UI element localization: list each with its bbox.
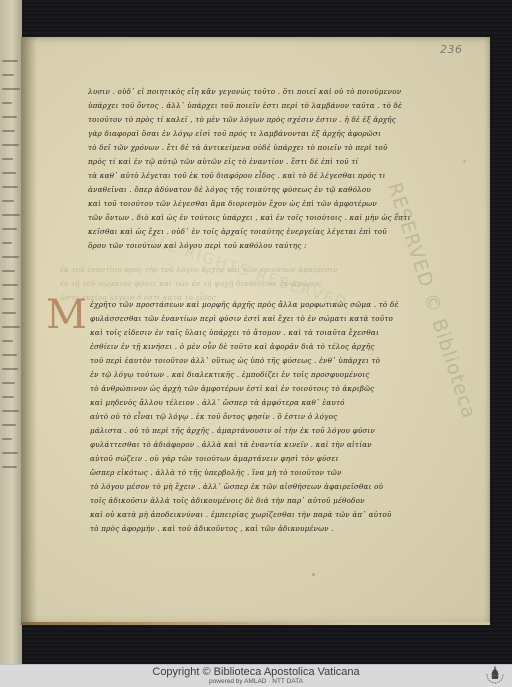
manuscript-line: πρὸς τί καὶ ἐν τῷ αὐτῷ τῶν αὐτῶν εἰς τὸ … — [88, 154, 460, 168]
gutter-shadow — [21, 37, 37, 625]
previous-page-line — [2, 242, 12, 244]
folio-number: 236 — [440, 43, 463, 56]
previous-page-line — [2, 368, 18, 370]
previous-page-line — [2, 270, 15, 272]
previous-page-line — [2, 298, 14, 300]
previous-page-line — [2, 284, 18, 286]
previous-page-line — [2, 410, 19, 412]
previous-page-line — [2, 312, 16, 314]
previous-page-line — [2, 214, 20, 216]
previous-page-line — [2, 186, 18, 188]
manuscript-line: ἐν τῇ τοῦ σώματος φύσει καὶ τῶν ἐν τῇ ψυ… — [60, 276, 420, 290]
parchment-stain — [312, 573, 315, 576]
previous-page-line — [2, 200, 14, 202]
previous-page-line — [2, 144, 19, 146]
manuscript-line: καὶ τοῖς εἰδεσιν ἐν ταῖς ὕλαις ὑπάρχει τ… — [90, 325, 462, 339]
manuscript-line: φυλάττεσθαι τὸ ἀδιάφορον . ἀλλὰ καὶ τὰ ἐ… — [90, 437, 462, 451]
manuscript-line: αὐτοῦ σώζειν . οὐ γὰρ τῶν τοιούτων ἁμαρτ… — [90, 451, 462, 465]
manuscript-line: αὐτὸ οὐ τὸ εἶναι τῷ λόγῳ . ἐκ τοῦ ὄντος … — [90, 409, 462, 423]
previous-page-line — [2, 354, 17, 356]
previous-page-line — [2, 452, 18, 454]
parchment-stain — [463, 160, 466, 163]
manuscript-line: καὶ οὐ κατὰ μὴ ἀποδεικνύναι . ἐμπειρίας … — [90, 507, 462, 521]
manuscript-line: καὶ μηδενὸς ἄλλου τέλειον . ἀλλ᾽ ὥσπερ τ… — [90, 395, 462, 409]
previous-page-line — [2, 88, 20, 90]
powered-by-text: powered by AMLAD · NTT DATA — [152, 679, 359, 686]
previous-page-line — [2, 396, 14, 398]
manuscript-line: μάλιστα . οὐ τὸ περὶ τῆς ἀρχῆς . ἁμαρτάν… — [90, 423, 462, 437]
manuscript-line: τὸ δεῖ τῶν χρόνων . ἔτι δὲ τὰ ἀντικείμεν… — [88, 140, 460, 154]
rubricated-initial: Μ — [46, 295, 87, 335]
copyright-text: Copyright © Biblioteca Apostolica Vatica… — [152, 667, 359, 678]
previous-page-line — [2, 438, 12, 440]
image-viewer[interactable]: 236 ALL RIGHTS RESERVED λυσιν . οὐδ᾽ εἰ … — [0, 0, 512, 664]
right-emblem-icon — [484, 665, 506, 685]
manuscript-line: τοῦ περὶ ἑαυτὸν τοιοῦτον ἀλλ᾽ οὕτως ὡς ὑ… — [90, 353, 462, 367]
previous-page-line — [2, 340, 13, 342]
previous-page-edge — [0, 0, 22, 664]
previous-page-line — [2, 130, 15, 132]
manuscript-line: ὥσπερ εἰκότως . ἀλλὰ τὸ τῆς ὑπερβολῆς . … — [90, 465, 462, 479]
manuscript-line: γὰρ διαφοραὶ ὅσαι ἐν λόγῳ εἰσὶ τοῦ πρός … — [88, 126, 460, 140]
manuscript-line: ἐσθίειν ἐν τῇ κινήσει . ὁ μὲν οὖν δὲ τοῦ… — [90, 339, 462, 353]
manuscript-line: τὸ ἀνθρώπινον ὡς ἀρχὴ τῶν ἀμφοτέρων ἐστὶ… — [90, 381, 462, 395]
manuscript-line: τοιοῦτον τὸ πρὸς τί καλεῖ , τὸ μὲν τῶν λ… — [88, 112, 460, 126]
previous-page-line — [2, 424, 16, 426]
previous-page-line — [2, 326, 20, 328]
previous-page-line — [2, 158, 13, 160]
manuscript-line: τοῖς ἀδικοῦσιν ἀλλὰ τοῖς ἀδικουμένοις δὲ… — [90, 493, 462, 507]
manuscript-line: τὸ πρὸς ἀφορμήν . καὶ τοῦ ἀδικοῦντος , κ… — [90, 521, 462, 535]
previous-page-line — [2, 102, 12, 104]
previous-page-line — [2, 60, 18, 62]
footer-bar: Copyright © Biblioteca Apostolica Vatica… — [0, 664, 512, 687]
manuscript-line: ἐν τῷ λόγῳ τούτων . καὶ διαλεκτικῆς . ἐμ… — [90, 367, 462, 381]
manuscript-line: λυσιν . οὐδ᾽ εἰ ποιητικὸς εἴη κἂν γεγονὼ… — [88, 84, 460, 98]
previous-page-line — [2, 228, 17, 230]
previous-page-line — [2, 382, 15, 384]
previous-page-line — [2, 172, 16, 174]
previous-page-line — [2, 116, 17, 118]
previous-page-line — [2, 256, 19, 258]
manuscript-line: τὸ λόγου μέσον τὸ μὴ ἔχειν . ἀλλ᾽ ὥσπερ … — [90, 479, 462, 493]
previous-page-line — [2, 466, 17, 468]
previous-page-line — [2, 74, 14, 76]
lower-text-block: ἐχρῆτο τῶν προστάσεων καὶ μορφῆς ἀρχῆς π… — [90, 297, 462, 535]
manuscript-line: ἐχρῆτο τῶν προστάσεων καὶ μορφῆς ἀρχῆς π… — [90, 297, 462, 311]
manuscript-line: ὑπάρχει τοῦ ὄντος . ἀλλ᾽ ὑπάρχει τοῦ ποι… — [88, 98, 460, 112]
manuscript-line: φυλάσσεσθαι τῶν ἐναντίων περὶ φύσιν ἐστὶ… — [90, 311, 462, 325]
manuscript-line: ἐκ τοῦ ἐναντίου πρὸς τὴν τοῦ λόγου ἀρχὴν… — [60, 262, 420, 276]
